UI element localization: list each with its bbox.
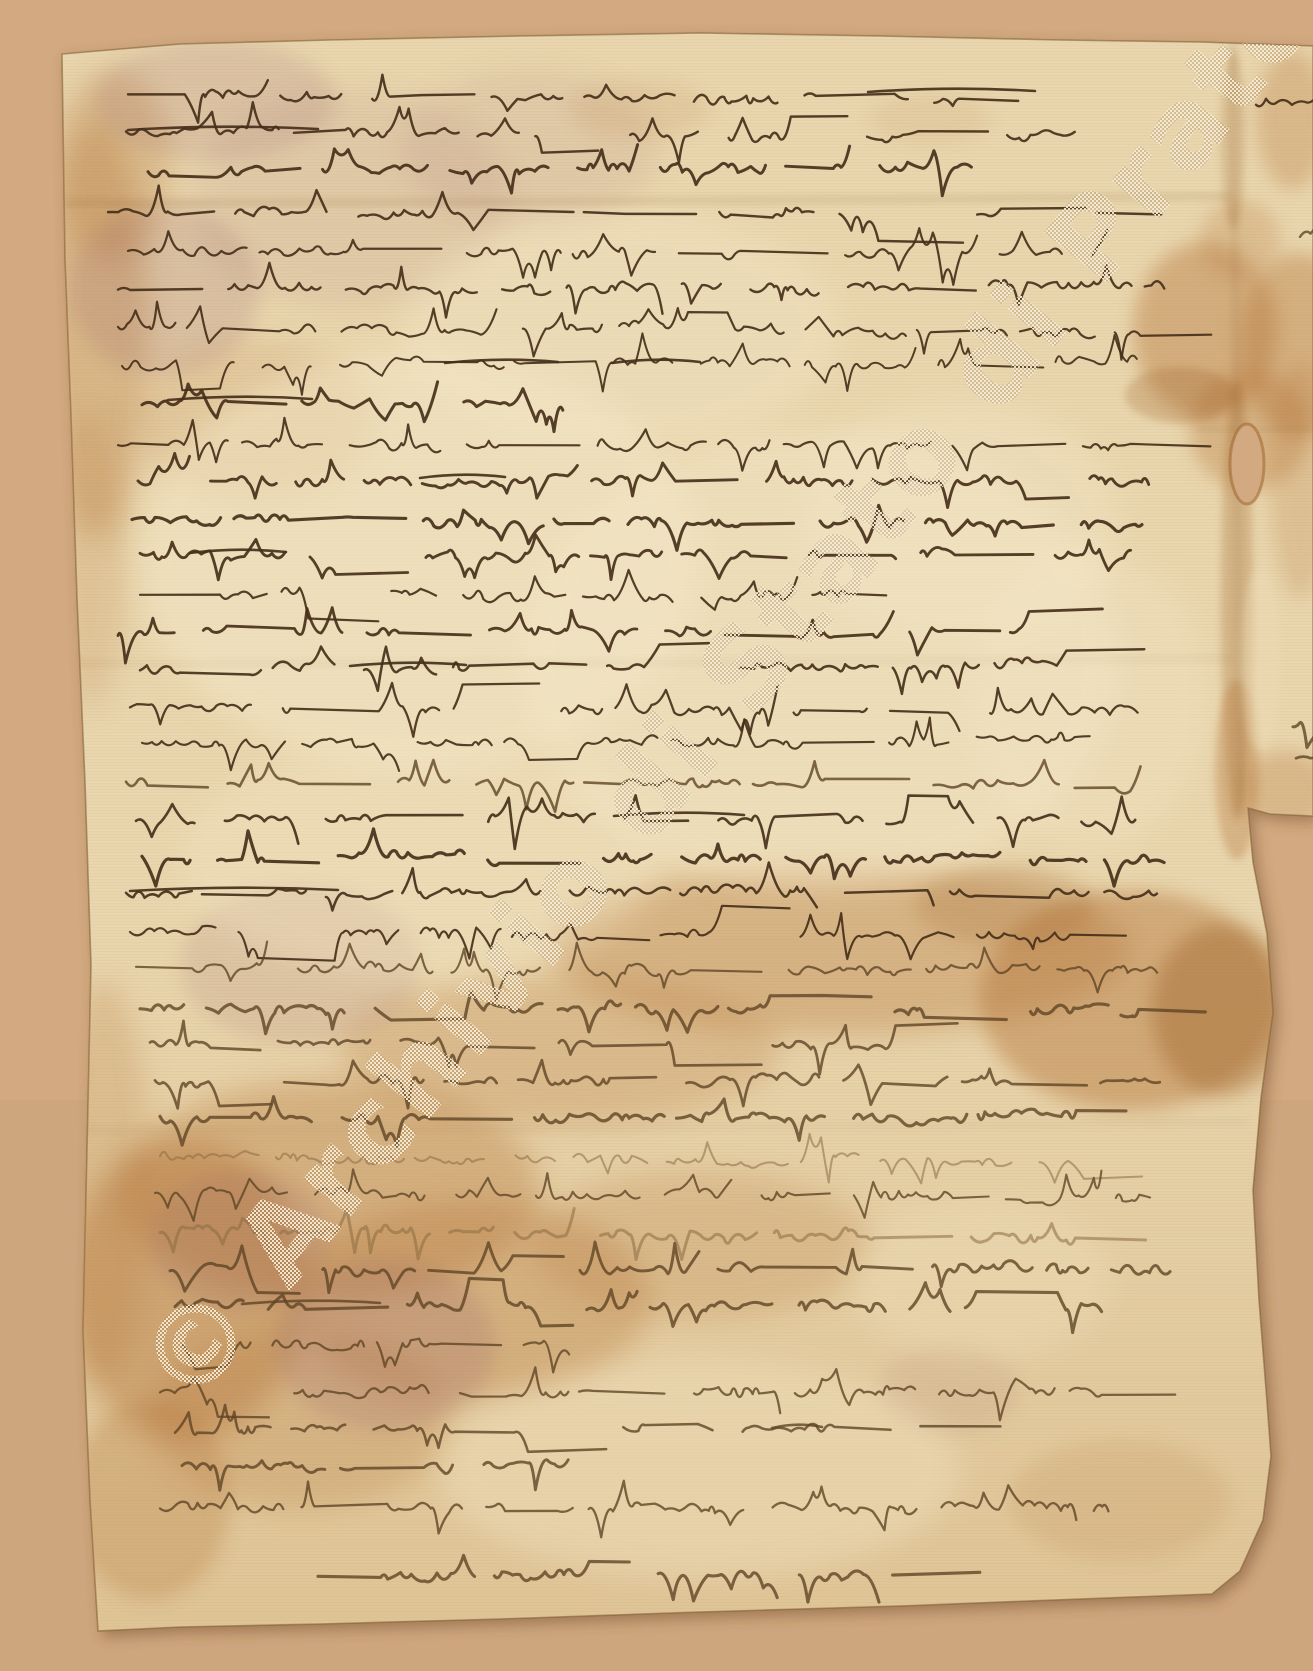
manuscript-scan-page: © Archivio di Stato di Prato: [0, 0, 1313, 1671]
watermark-halftone-dark: [0, 0, 1313, 1671]
archive-watermark: [0, 0, 1313, 1671]
scan-canvas: © Archivio di Stato di Prato: [0, 0, 1313, 1671]
